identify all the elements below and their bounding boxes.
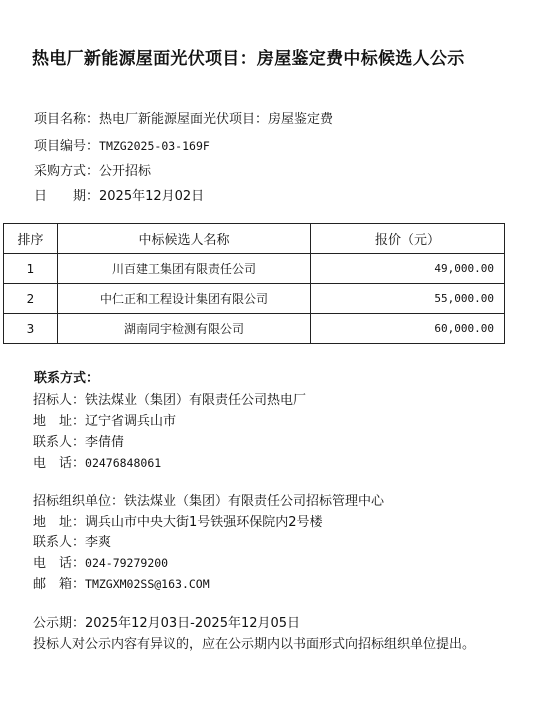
agency-address-label: 地 址： [33,515,85,530]
agency-email-label: 邮 箱： [33,577,85,592]
tenderer-phone-value: 02476848061 [85,456,161,470]
rank-cell: 2 [4,284,58,314]
tenderer-address-value: 辽宁省调兵山市 [85,414,176,429]
price-cell: 60,000.00 [311,314,505,344]
tenderer-label: 招标人： [33,393,85,408]
table-row: 1 川百建工集团有限责任公司 49,000.00 [4,254,505,284]
table-row: 2 中仁正和工程设计集团有限公司 55,000.00 [4,284,505,314]
project-no-row: 项目编号：TMZG2025-03-169F [34,135,210,154]
tenderer-value: 铁法煤业（集团）有限责任公司热电厂 [85,393,306,408]
agency-phone-label: 电 话： [33,556,85,571]
objection-note: 投标人对公示内容有异议的，应在公示期内以书面形式向招标组织单位提出。 [33,633,475,652]
project-name-label: 项目名称： [34,108,99,127]
project-name-row: 项目名称：热电厂新能源屋面光伏项目：房屋鉴定费 [34,108,333,127]
header-rank: 排序 [4,224,58,254]
notice-period-label: 公示期： [33,616,85,631]
agency-person-row: 联系人：李爽 [33,531,111,550]
tenderer-address-row: 地 址：辽宁省调兵山市 [33,410,176,429]
rank-cell: 1 [4,254,58,284]
notice-period-row: 公示期：2025年12月03日-2025年12月05日 [33,612,300,631]
agency-phone-value: 024-79279200 [85,556,168,570]
agency-label: 招标组织单位： [33,494,124,509]
price-cell: 55,000.00 [311,284,505,314]
project-no-value: TMZG2025-03-169F [99,139,210,153]
name-cell: 中仁正和工程设计集团有限公司 [58,284,311,314]
agency-phone-row: 电 话：024-79279200 [33,552,168,571]
agency-name-row: 招标组织单位：铁法煤业（集团）有限责任公司招标管理中心 [33,490,384,509]
date-row: 日 期：2025年12月02日 [34,185,204,204]
table-row: 3 湖南同宇检测有限公司 60,000.00 [4,314,505,344]
project-no-label: 项目编号： [34,135,99,154]
notice-period-value: 2025年12月03日-2025年12月05日 [85,616,300,631]
agency-email-row: 邮 箱：TMZGXM02SS@163.COM [33,573,210,592]
contact-section-title: 联系方式： [34,367,99,386]
tenderer-address-label: 地 址： [33,414,85,429]
candidate-table: 排序 中标候选人名称 报价（元） 1 川百建工集团有限责任公司 49,000.0… [3,223,505,344]
header-name: 中标候选人名称 [58,224,311,254]
tenderer-phone-row: 电 话：02476848061 [33,452,161,471]
method-row: 采购方式：公开招标 [34,160,151,179]
method-label: 采购方式： [34,160,99,179]
agency-address-value: 调兵山市中央大街1号铁强环保院内2号楼 [85,515,323,530]
project-name-value: 热电厂新能源屋面光伏项目：房屋鉴定费 [99,112,333,127]
price-cell: 49,000.00 [311,254,505,284]
tenderer-person-label: 联系人： [33,435,85,450]
date-label: 日 期： [34,185,99,204]
tenderer-person-row: 联系人：李倩倩 [33,431,124,450]
method-value: 公开招标 [99,164,151,179]
agency-address-row: 地 址：调兵山市中央大街1号铁强环保院内2号楼 [33,511,323,530]
agency-value: 铁法煤业（集团）有限责任公司招标管理中心 [124,494,384,509]
header-price: 报价（元） [311,224,505,254]
tenderer-name-row: 招标人：铁法煤业（集团）有限责任公司热电厂 [33,389,306,408]
date-value: 2025年12月02日 [99,189,204,204]
agency-person-label: 联系人： [33,535,85,550]
agency-email-value: TMZGXM02SS@163.COM [85,577,210,591]
table-header-row: 排序 中标候选人名称 报价（元） [4,224,505,254]
agency-person-value: 李爽 [85,535,111,550]
tenderer-phone-label: 电 话： [33,456,85,471]
rank-cell: 3 [4,314,58,344]
tenderer-person-value: 李倩倩 [85,435,124,450]
name-cell: 湖南同宇检测有限公司 [58,314,311,344]
page-title: 热电厂新能源屋面光伏项目：房屋鉴定费中标候选人公示 [32,44,465,69]
name-cell: 川百建工集团有限责任公司 [58,254,311,284]
